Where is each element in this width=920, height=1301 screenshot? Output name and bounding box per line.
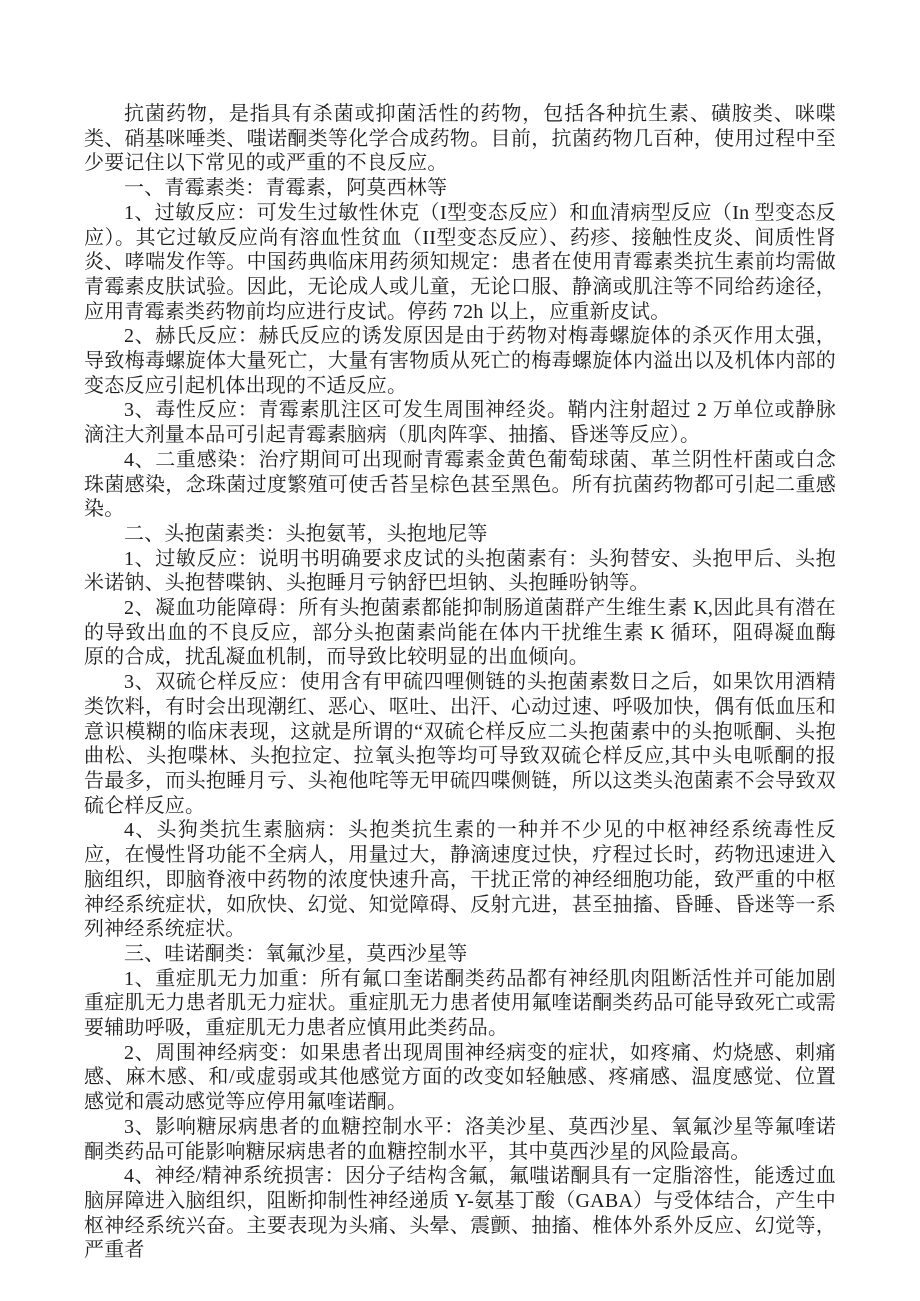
- penicillin-allergy-paragraph: 1、过敏反应：可发生过敏性休克（I型变态反应）和血清病型反应（In 型变态反应）…: [84, 201, 836, 325]
- cephalosporin-allergy-paragraph: 1、过敏反应：说明书明确要求皮试的头抱菌素有：头狗替安、头抱甲后、头抱米诺钠、头…: [84, 547, 836, 596]
- quinolone-myasthenia-paragraph: 1、重症肌无力加重：所有氟口奎诺酮类药品都有神经肌肉阻断活性并可能加剧重症肌无力…: [84, 967, 836, 1041]
- heading-penicillins: 一、青霉素类：青霉素，阿莫西林等: [84, 176, 836, 201]
- cephalosporin-disulfiram-paragraph: 3、双硫仑样反应：使用含有甲硫四哩侧链的头抱菌素数日之后，如果饮用酒精类饮料，有…: [84, 670, 836, 818]
- cephalosporin-encephalopathy-paragraph: 4、头狗类抗生素脑病：头抱类抗生素的一种并不少见的中枢神经系统毒性反应，在慢性肾…: [84, 818, 836, 942]
- cephalosporin-coagulation-paragraph: 2、凝血功能障碍：所有头抱菌素都能抑制肠道菌群产生维生素 K,因此具有潜在的导致…: [84, 596, 836, 670]
- quinolone-bloodsugar-paragraph: 3、影响糖尿病患者的血糖控制水平：洛美沙星、莫西沙星、氧氟沙星等氟喹诺酮类药品可…: [84, 1115, 836, 1164]
- quinolone-cns-paragraph: 4、神经/精神系统损害：因分子结构含氟，氟嗤诺酮具有一定脂溶性，能透过血脑屏障进…: [84, 1164, 836, 1263]
- intro-paragraph: 抗菌药物，是指具有杀菌或抑菌活性的药物，包括各种抗生素、磺胺类、咪喋类、硝基咪唾…: [84, 102, 836, 176]
- document-page: 抗菌药物，是指具有杀菌或抑菌活性的药物，包括各种抗生素、磺胺类、咪喋类、硝基咪唾…: [0, 0, 920, 1301]
- document-text-body: 抗菌药物，是指具有杀菌或抑菌活性的药物，包括各种抗生素、磺胺类、咪喋类、硝基咪唾…: [0, 0, 920, 1263]
- penicillin-superinfection-paragraph: 4、二重感染：治疗期间可出现耐青霉素金黄色葡萄球菌、革兰阴性杆菌或白念珠菌感染，…: [84, 448, 836, 522]
- penicillin-toxicity-paragraph: 3、毒性反应：青霉素肌注区可发生周围神经炎。鞘内注射超过 2 万单位或静脉滴注大…: [84, 398, 836, 447]
- penicillin-herx-paragraph: 2、赫氏反应：赫氏反应的诱发原因是由于药物对梅毒螺旋体的杀灭作用太强，导致梅毒螺…: [84, 324, 836, 398]
- heading-quinolones: 三、哇诺酮类：氧氟沙星，莫西沙星等: [84, 942, 836, 967]
- quinolone-neuropathy-paragraph: 2、周围神经病变：如果患者出现周围神经病变的症状，如疼痛、灼烧感、刺痛感、麻木感…: [84, 1041, 836, 1115]
- heading-cephalosporins: 二、头抱菌素类：头抱氨苇，头抱地尼等: [84, 522, 836, 547]
